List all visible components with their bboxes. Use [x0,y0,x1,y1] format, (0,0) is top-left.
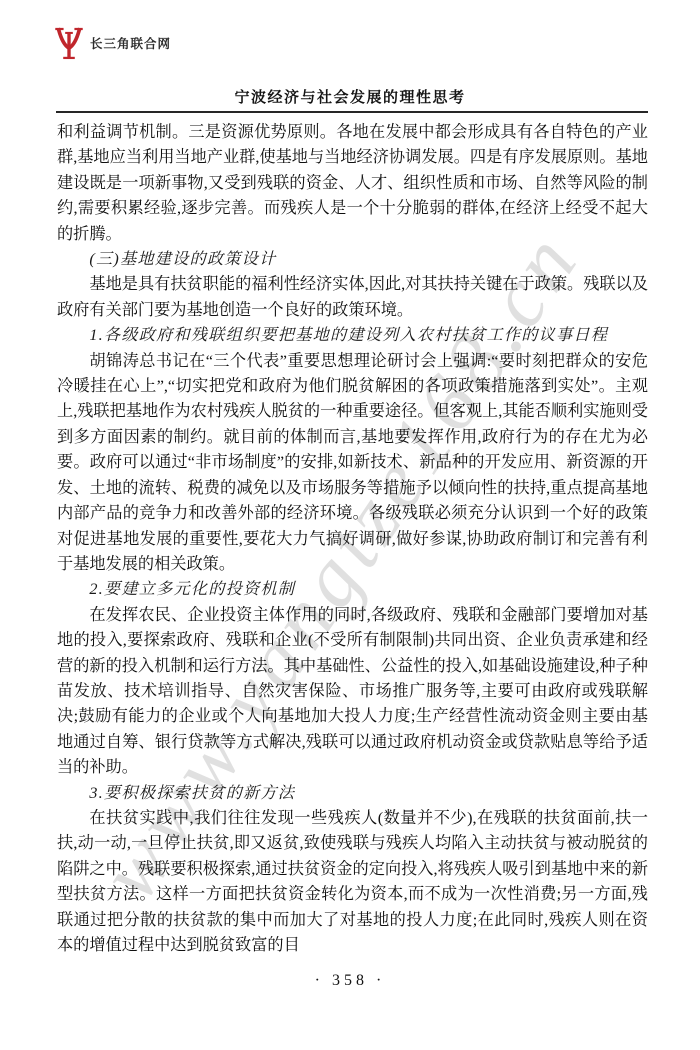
paragraph: 在扶贫实践中,我们往往发现一些残疾人(数量并不少),在残联的扶贫面前,扶一扶,动… [57,806,648,958]
subsection-heading: 2.要建立多元化的投资机制 [57,577,648,602]
page-number: · 358 · [0,972,700,990]
section-heading: (三)基地建设的政策设计 [57,247,648,272]
subsection-heading: 3.要积极探索扶贫的新方法 [57,781,648,806]
paragraph: 和利益调节机制。三是资源优势原则。各地在发展中都会形成具有各自特色的产业群,基地… [57,120,648,247]
paragraph: 基地是具有扶贫职能的福利性经济实体,因此,对其扶持关键在于政策。残联以及政府有关… [57,272,648,323]
document-page: www.yangtze168.cn 长三角联合网 宁波经济与社 [0,0,700,1050]
psi-trident-logo-icon [55,26,83,60]
site-logo-text: 长三角联合网 [90,34,171,52]
subsection-heading: 1.各级政府和残联组织要把基地的建设列入农村扶贫工作的议事日程 [57,323,648,348]
paragraph: 在发挥农民、企业投资主体作用的同时,各级政府、残联和金融部门要增加对基地的投入,… [57,603,648,781]
page-title: 宁波经济与社会发展的理性思考 [0,86,700,107]
title-divider [56,111,648,113]
site-logo: 长三角联合网 [55,26,171,60]
article-body: 和利益调节机制。三是资源优势原则。各地在发展中都会形成具有各自特色的产业群,基地… [57,120,648,958]
paragraph: 胡锦涛总书记在“三个代表”重要思想理论研讨会上强调:“要时刻把群众的安危冷暖挂在… [57,349,648,578]
